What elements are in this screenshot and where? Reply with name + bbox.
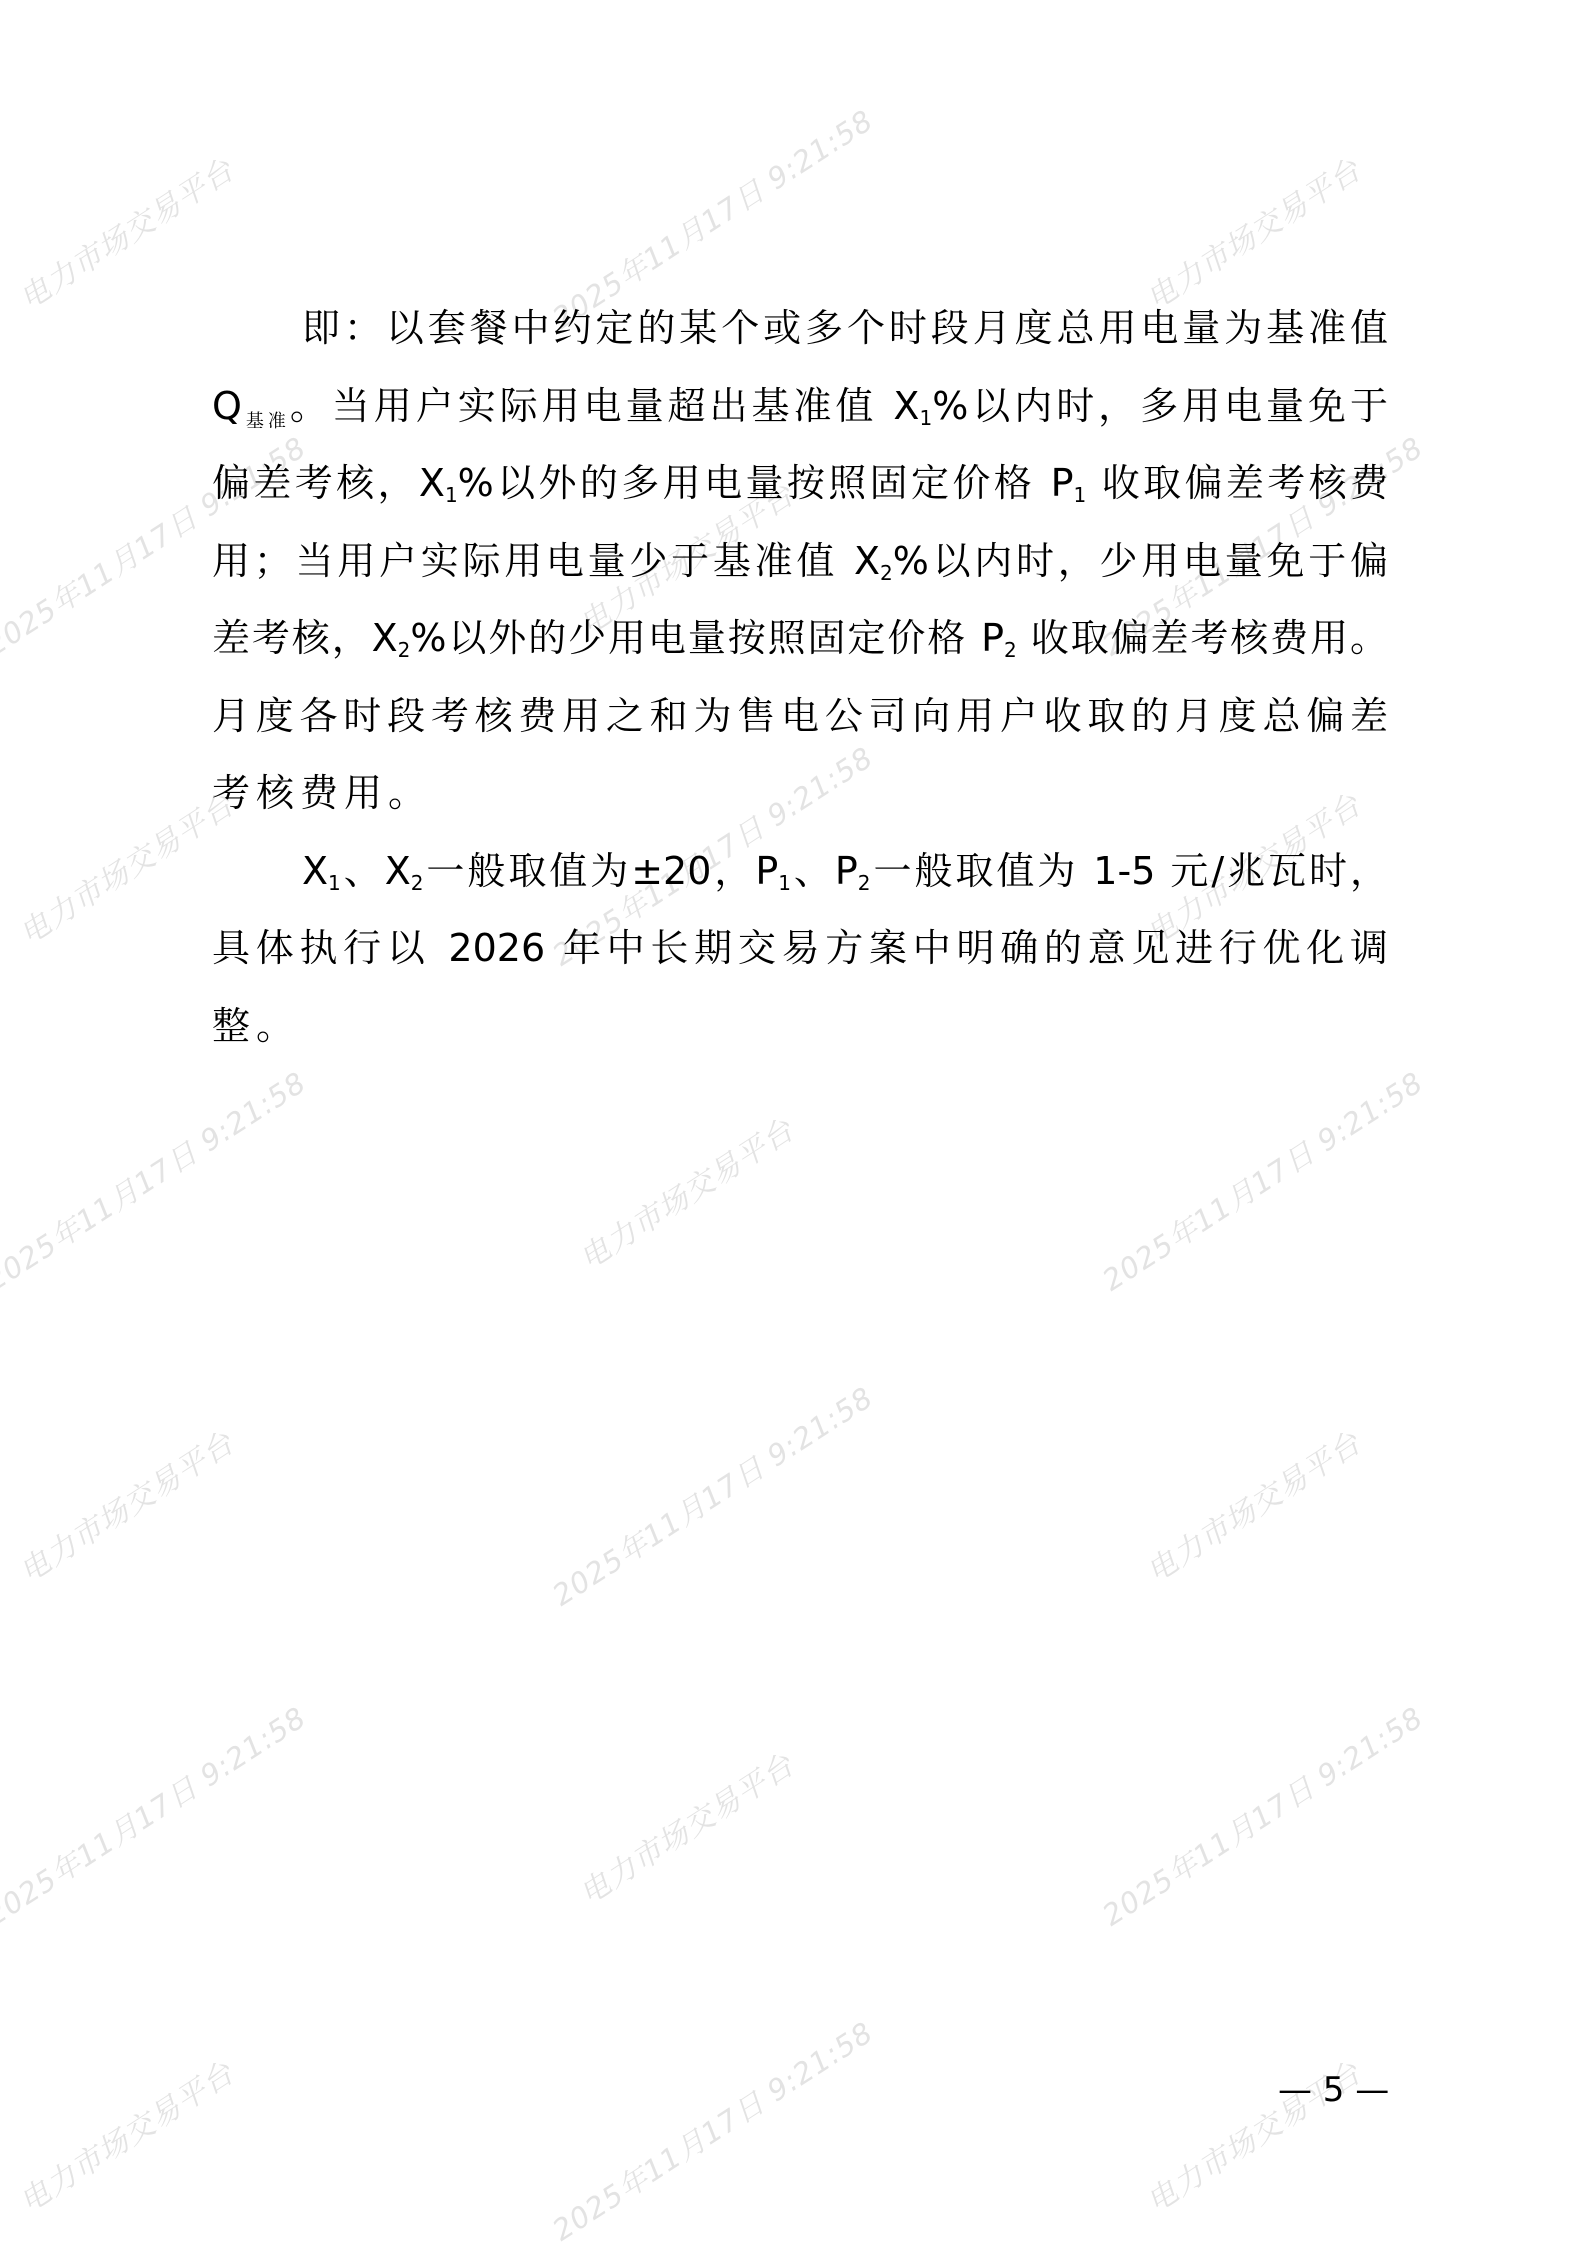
page-number: — 5 —	[1278, 2068, 1389, 2112]
paragraph-2-line-1: X1、X2一般取值为±20，P1、P2一般取值为 1-5 元/兆瓦时，	[302, 849, 1388, 893]
paragraph-1-line-2: Q基准。当用户实际用电量超出基准值 X1%以内时，多用电量免于	[212, 384, 1388, 428]
watermark-platform: 电力市场交易平台	[9, 1419, 241, 1591]
x-subscript: 2	[880, 561, 893, 585]
x-subscript: 1	[919, 406, 932, 430]
text-run: 一般取值为 1-5 元/兆瓦时，	[871, 849, 1388, 893]
watermark-platform: 电力市场交易平台	[569, 1741, 801, 1913]
watermark-platform: 电力市场交易平台	[569, 1106, 801, 1278]
watermark-platform: 电力市场交易平台	[9, 2049, 241, 2221]
text-run: 、X	[341, 849, 411, 893]
paragraph-1-line-7: 考核费用。	[212, 771, 1388, 815]
text-run: %以外的多用电量按照固定价格 P	[458, 461, 1074, 505]
text-run: %以内时，少用电量免于偏	[893, 539, 1388, 583]
x-subscript: 1	[445, 483, 458, 507]
watermark-timestamp: 2025年11月17日 9:21:58	[544, 2011, 881, 2245]
watermark-platform: 电力市场交易平台	[9, 146, 241, 318]
p-subscript: 1	[1074, 483, 1087, 507]
paragraph-1-line-4: 用；当用户实际用电量少于基准值 X2%以内时，少用电量免于偏	[212, 539, 1388, 583]
text-run: %以外的少用电量按照固定价格 P	[410, 616, 1004, 660]
text-run: 差考核，X	[212, 616, 398, 660]
p-subscript: 2	[1004, 638, 1017, 662]
q-subscript: 基准	[242, 411, 290, 432]
paragraph-1-line-3: 偏差考核，X1%以外的多用电量按照固定价格 P1 收取偏差考核费	[212, 461, 1388, 505]
watermark-platform: 电力市场交易平台	[1136, 1419, 1368, 1591]
text-run: X	[302, 849, 328, 893]
p1-subscript: 1	[778, 871, 791, 895]
text-run: 收取偏差考核费用。	[1017, 616, 1388, 660]
watermark-timestamp: 2025年11月17日 9:21:58	[544, 99, 881, 337]
text-run: 。当用户实际用电量超出基准值 X	[290, 384, 920, 428]
paragraph-1-line-1: 即：以套餐中约定的某个或多个时段月度总用电量为基准值	[302, 306, 1388, 350]
paragraph-2-line-2: 具体执行以 2026 年中长期交易方案中明确的意见进行优化调	[212, 926, 1388, 970]
watermark-timestamp: 2025年11月17日 9:21:58	[1094, 1696, 1431, 1934]
text-run: 收取偏差考核费	[1086, 461, 1388, 505]
text-run: 用；当用户实际用电量少于基准值 X	[212, 539, 880, 583]
watermark-platform: 电力市场交易平台	[1136, 146, 1368, 318]
watermark-timestamp: 2025年11月17日 9:21:58	[1094, 1061, 1431, 1299]
x2-subscript: 2	[411, 871, 424, 895]
q-symbol: Q	[212, 384, 242, 428]
p2-subscript: 2	[858, 871, 871, 895]
text-run: 一般取值为±20，P	[423, 849, 778, 893]
text-run: %以内时，多用电量免于	[932, 384, 1388, 428]
document-page: 电力市场交易平台 2025年11月17日 9:21:58 电力市场交易平台 20…	[0, 0, 1587, 2245]
x-subscript: 2	[398, 638, 411, 662]
text-run: 、P	[791, 849, 858, 893]
watermark-timestamp: 2025年11月17日 9:21:58	[544, 1376, 881, 1614]
paragraph-1-line-5: 差考核，X2%以外的少用电量按照固定价格 P2 收取偏差考核费用。	[212, 616, 1388, 660]
text-run: 偏差考核，X	[212, 461, 445, 505]
watermark-timestamp: 2025年11月17日 9:21:58	[0, 1061, 313, 1299]
x1-subscript: 1	[328, 871, 341, 895]
watermark-platform: 电力市场交易平台	[9, 781, 241, 953]
paragraph-2-line-3: 整。	[212, 1004, 1388, 1048]
paragraph-1-line-6: 月度各时段考核费用之和为售电公司向用户收取的月度总偏差	[212, 694, 1388, 738]
watermark-timestamp: 2025年11月17日 9:21:58	[0, 1696, 313, 1934]
